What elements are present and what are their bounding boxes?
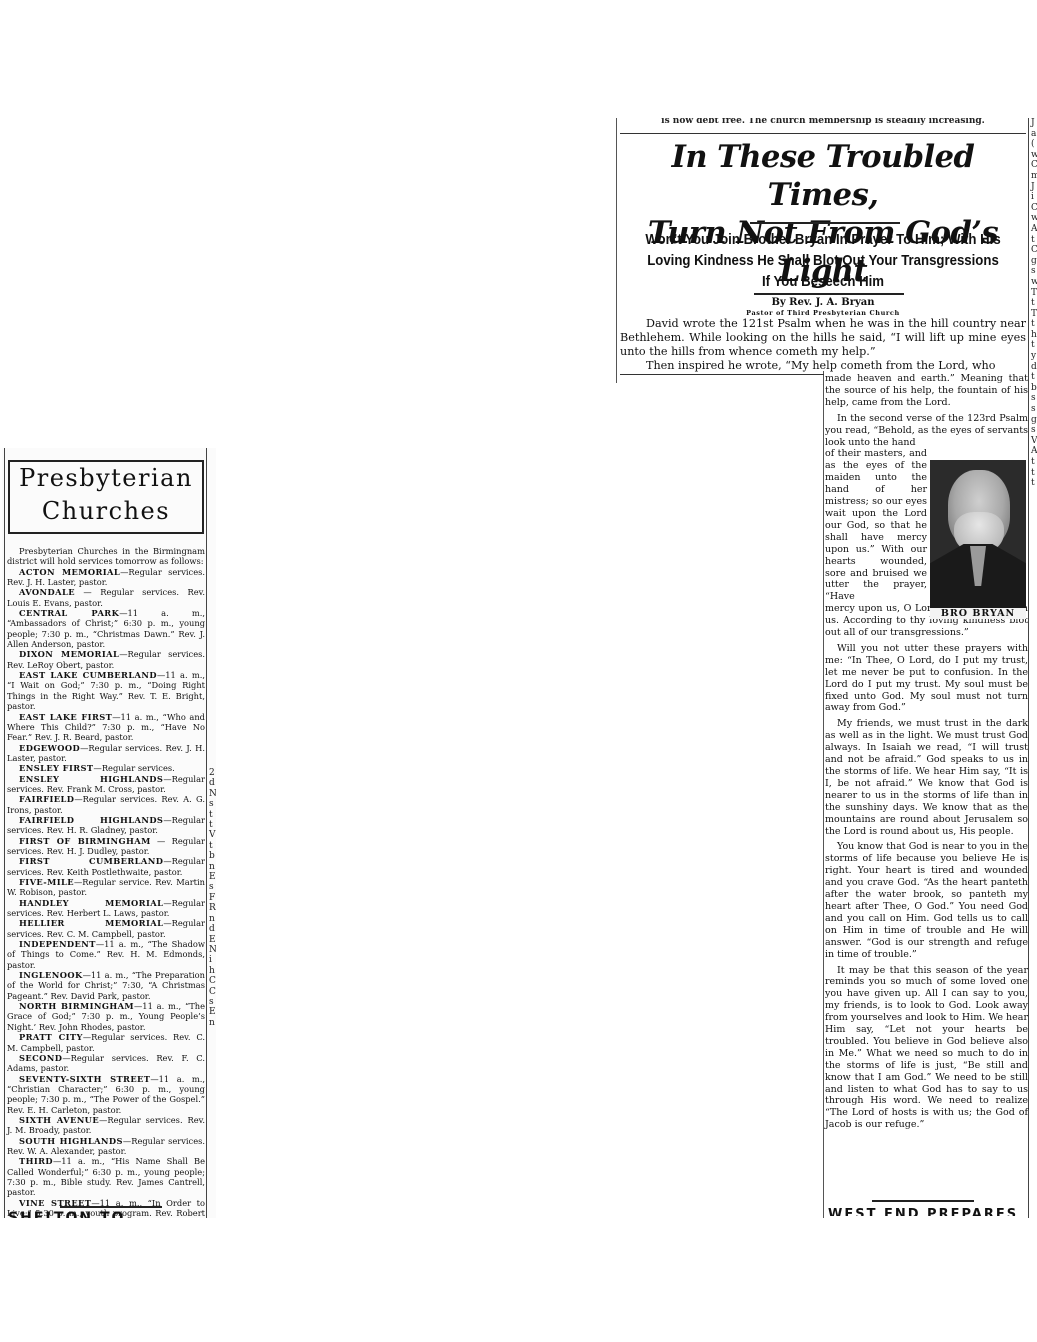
divider	[754, 293, 904, 295]
photo-caption: BRO BRYAN	[930, 608, 1026, 619]
intro-paragraph: David wrote the 121st Psalm when he was …	[620, 317, 1026, 359]
column-rule	[4, 448, 5, 1218]
church-listings: Presbyterian Churches in the Birmingnam …	[7, 546, 205, 1218]
column-rule	[616, 118, 617, 383]
intro-paragraph: Then inspired he wrote, “My help cometh …	[620, 359, 1026, 373]
church-listing: SECOND—Regular services. Rev. F. C. Adam…	[7, 1053, 205, 1074]
church-listing: INDEPENDENT—11 a. m., “The Shadow of Thi…	[7, 939, 205, 970]
headline-line-1: In These Troubled Times,	[618, 138, 1028, 214]
section-masthead: Presbyterian Churches	[8, 460, 204, 534]
column-rule	[1028, 118, 1029, 1218]
end-rule	[872, 1200, 974, 1202]
article-intro: David wrote the 121st Psalm when he was …	[620, 317, 1026, 373]
church-listing: PRATT CITY—Regular services. Rev. C. M. …	[7, 1032, 205, 1053]
church-listing: DIXON MEMORIAL—Regular services. Rev. Le…	[7, 649, 205, 670]
church-listing: FAIRFIELD HIGHLANDS—Regular services. Re…	[7, 815, 205, 836]
body-paragraph: of their masters, and as the eyes of the…	[825, 448, 927, 603]
neighbor-column-fragment: J a ( w C m J i C w A t C g s w T t T t …	[1031, 118, 1037, 489]
church-listing: FAIRFIELD—Regular services. Rev. A. G. I…	[7, 794, 205, 815]
bryan-article-clipping: is now debt free. The church membership …	[614, 118, 1037, 1218]
church-listing: SOUTH HIGHLANDS—Regular services. Rev. W…	[7, 1136, 205, 1157]
church-listing: INGLENOOK—11 a. m., “The Preparation of …	[7, 970, 205, 1001]
church-listing: HANDLEY MEMORIAL—Regular services. Rev. …	[7, 898, 205, 919]
church-listing: SEVENTY-SIXTH STREET—11 a. m., “Christia…	[7, 1074, 205, 1115]
church-listing: FIRST CUMBERLAND—Regular services. Rev. …	[7, 856, 205, 877]
article-deck: Won’t You Join Brother Bryan In Prayer T…	[644, 229, 1001, 292]
church-listing: NORTH BIRMINGHAM—11 a. m., “The Grace of…	[7, 1001, 205, 1032]
church-listing: ENSLEY FIRST—Regular services.	[7, 763, 205, 773]
church-listing: HELLIER MEMORIAL—Regular services. Rev. …	[7, 918, 205, 939]
column-rule	[823, 371, 824, 1218]
church-listing: EDGEWOOD—Regular services. Rev. J. H. La…	[7, 743, 205, 764]
church-listing: EAST LAKE FIRST—11 a. m., “Who and Where…	[7, 712, 205, 743]
masthead-line-1: Presbyterian	[10, 462, 202, 495]
body-paragraph: Will you not utter these prayers with me…	[825, 643, 1028, 714]
previous-article-strip: is now debt free. The church membership …	[620, 118, 1026, 128]
masthead-line-2: Churches	[10, 495, 202, 528]
column-rule	[206, 448, 207, 1218]
body-paragraph: In the second verse of the 123rd Psalm y…	[825, 413, 1028, 449]
divider	[620, 374, 824, 375]
end-rule	[60, 1206, 162, 1208]
divider	[620, 133, 1026, 134]
church-listing: FIVE-MILE—Regular service. Rev. Martin W…	[7, 877, 205, 898]
byline: By Rev. J. A. Bryan	[620, 297, 1026, 309]
byline-title: Pastor of Third Presbyterian Church	[620, 309, 1026, 317]
church-listing: THIRD—11 a. m., “His Name Shall Be Calle…	[7, 1156, 205, 1197]
church-listing: CENTRAL PARK—11 a. m., “Ambassadors of C…	[7, 608, 205, 649]
church-listing: EAST LAKE CUMBERLAND—11 a. m., “I Wait o…	[7, 670, 205, 711]
body-paragraph: made heaven and earth.” Meaning that the…	[825, 373, 1028, 409]
body-paragraph: You know that God is near to you in the …	[825, 841, 1028, 960]
church-listing: AVONDALE — Regular services. Rev. Louis …	[7, 587, 205, 608]
cut-off-headline: SHELTON TO DISCUSS	[8, 1211, 198, 1218]
body-paragraph: My friends, we must trust in the dark as…	[825, 718, 1028, 837]
listing-intro: Presbyterian Churches in the Birmingnam …	[7, 546, 205, 567]
church-listing: FIRST OF BIRMINGHAM — Regular services. …	[7, 836, 205, 857]
portrait-photo	[930, 460, 1026, 608]
body-paragraph: It may be that this season of the year r…	[825, 965, 1028, 1132]
cut-off-headline: WEST END PREPARES	[828, 1208, 1024, 1216]
church-listing: ENSLEY HIGHLANDS—Regular services. Rev. …	[7, 774, 205, 795]
divider	[750, 222, 900, 224]
church-listing: SIXTH AVENUE—Regular services. Rev. J. M…	[7, 1115, 205, 1136]
church-listing: ACTON MEMORIAL—Regular services. Rev. J.…	[7, 567, 205, 588]
presbyterian-churches-clipping: Presbyterian Churches Presbyterian Churc…	[2, 448, 216, 1218]
neighbor-column-fragment: 2 d N s t t V t b n E s F R n d E N i h …	[209, 768, 216, 1028]
